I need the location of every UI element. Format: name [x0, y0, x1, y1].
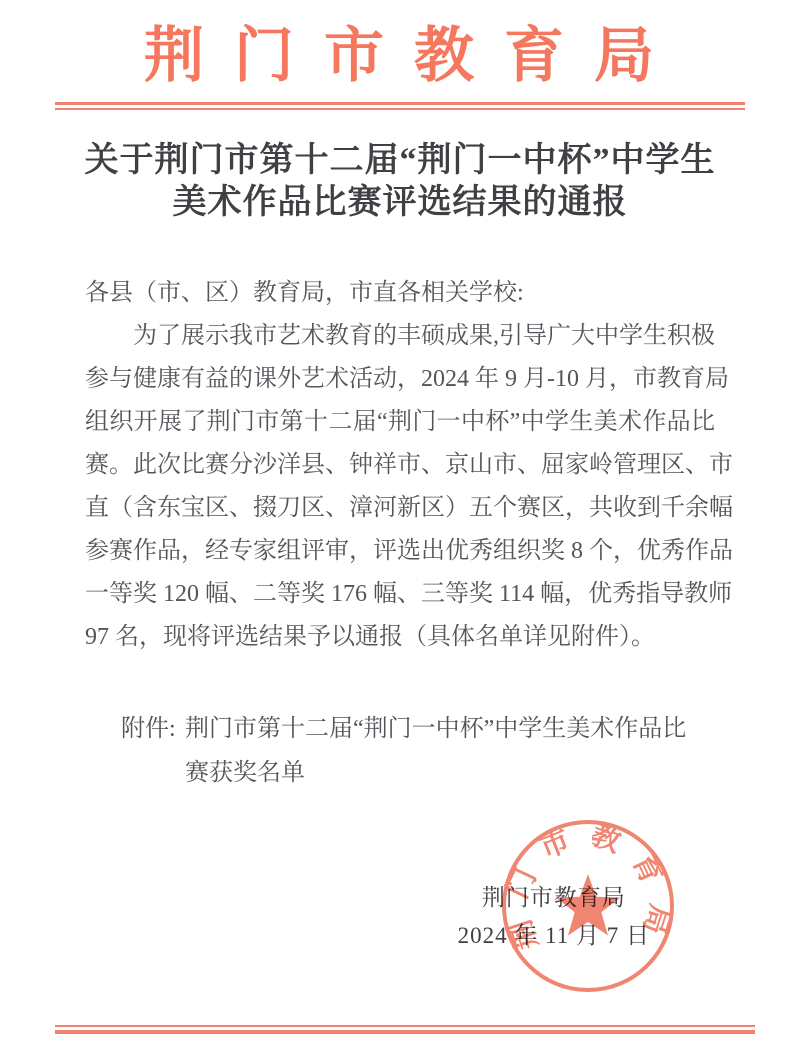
letterhead-divider [55, 102, 745, 110]
document-title-line1: 关于荆门市第十二届“荆门一中杯”中学生 [0, 140, 800, 182]
divider-thick-line [55, 102, 745, 105]
attachment-line2: 赛获奖名单 [185, 751, 686, 795]
document-title: 关于荆门市第十二届“荆门一中杯”中学生 美术作品比赛评选结果的通报 [0, 140, 800, 224]
paragraph-line: 参与健康有益的课外艺术活动，2024 年 9 月-10 月，市教育局 [85, 358, 715, 401]
divider-thick-line [55, 1030, 755, 1034]
paragraph-line: 组织开展了荆门市第十二届“荆门一中杯”中学生美术作品比 [85, 401, 715, 444]
paragraph-line: 为了展示我市艺术教育的丰硕成果,引导广大中学生积极 [85, 315, 715, 358]
attachment-note: 附件: 荆门市第十二届“荆门一中杯”中学生美术作品比 赛获奖名单 [121, 707, 715, 795]
salutation-line: 各县（市、区）教育局，市直各相关学校: [85, 272, 715, 315]
document-title-line2: 美术作品比赛评选结果的通报 [0, 182, 800, 224]
divider-thin-line [55, 108, 745, 110]
document-body: 各县（市、区）教育局，市直各相关学校: 为了展示我市艺术教育的丰硕成果,引导广大… [0, 272, 800, 795]
document-page: 荆门市教育局 关于荆门市第十二届“荆门一中杯”中学生 美术作品比赛评选结果的通报… [0, 0, 800, 1063]
signature-org-name: 荆门市教育局 [458, 879, 650, 917]
footer-divider [55, 1025, 755, 1034]
paragraph-line: 97 名，现将评选结果予以通报（具体名单详见附件）。 [85, 616, 715, 659]
divider-thin-line [55, 1025, 755, 1027]
paragraph-line: 赛。此次比赛分沙洋县、钟祥市、京山市、屈家岭管理区、市 [85, 444, 715, 487]
attachment-text: 荆门市第十二届“荆门一中杯”中学生美术作品比 赛获奖名单 [185, 707, 686, 795]
paragraph-line: 一等奖 120 幅、二等奖 176 幅、三等奖 114 幅，优秀指导教师 [85, 573, 715, 616]
paragraph-line: 参赛作品，经专家组评审，评选出优秀组织奖 8 个，优秀作品 [85, 530, 715, 573]
signature-date: 2024 年 11 月 7 日 [458, 917, 650, 955]
main-paragraph: 为了展示我市艺术教育的丰硕成果,引导广大中学生积极 参与健康有益的课外艺术活动，… [85, 315, 715, 659]
letterhead-org-name: 荆门市教育局 [0, 24, 800, 88]
signature-block: 荆门市教育局 2024 年 11 月 7 日 [458, 879, 650, 955]
attachment-label: 附件: [121, 707, 185, 795]
attachment-line1: 荆门市第十二届“荆门一中杯”中学生美术作品比 [185, 707, 686, 751]
paragraph-line: 直（含东宝区、掇刀区、漳河新区）五个赛区，共收到千余幅 [85, 487, 715, 530]
